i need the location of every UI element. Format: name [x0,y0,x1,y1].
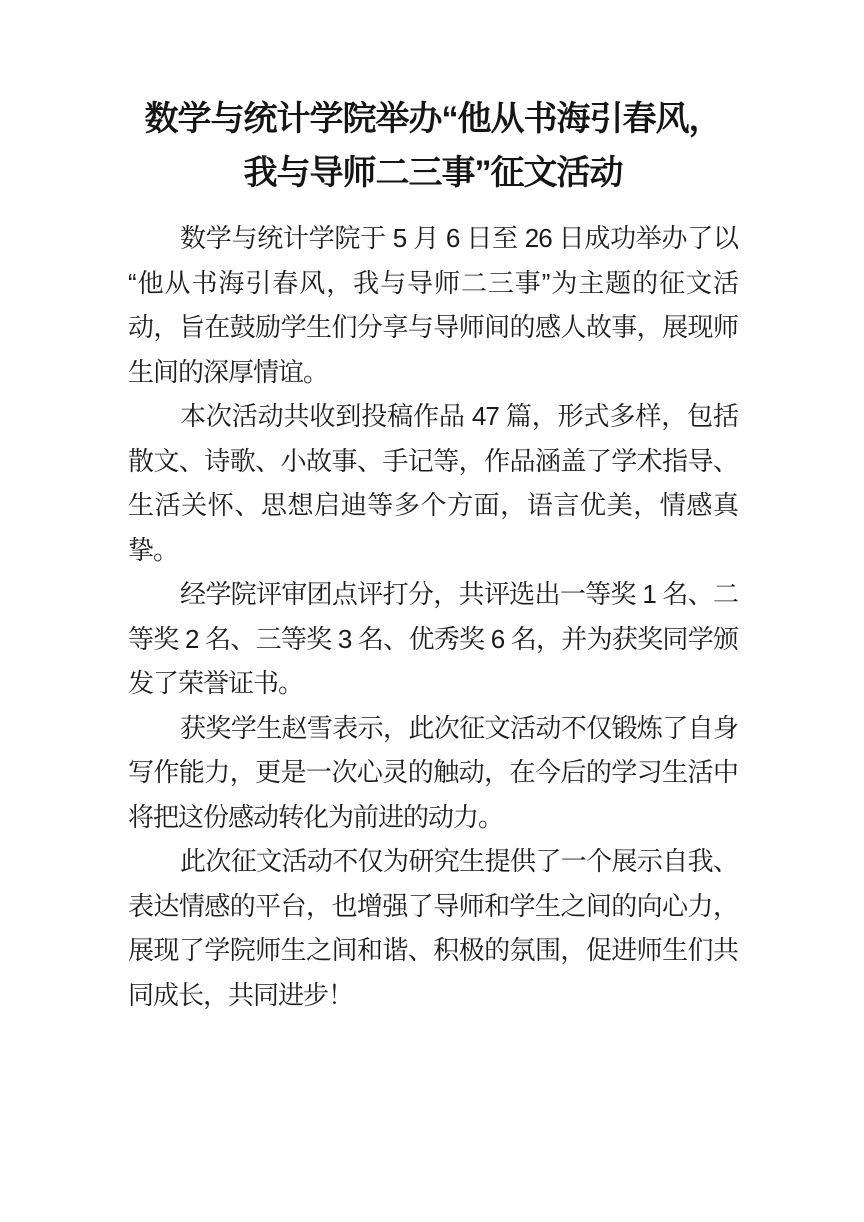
document-body: 数学与统计学院于 5 月 6 日至 26 日成功举办了以“他从书海引春风，我与导… [128,216,738,1017]
document-title: 数学与统计学院举办“他从书海引春风， 我与导师二三事”征文活动 [128,92,738,200]
paragraph-student-quote: 获奖学生赵雪表示，此次征文活动不仅锻炼了自身写作能力，更是一次心灵的触动，在今后… [128,706,738,840]
paragraph-submissions: 本次活动共收到投稿作品 47 篇，形式多样，包括散文、诗歌、小故事、手记等，作品… [128,394,738,572]
paragraph-intro: 数学与统计学院于 5 月 6 日至 26 日成功举办了以“他从书海引春风，我与导… [128,216,738,394]
paragraph-conclusion: 此次征文活动不仅为研究生提供了一个展示自我、表达情感的平台，也增强了导师和学生之… [128,839,738,1017]
document-page: 数学与统计学院举办“他从书海引春风， 我与导师二三事”征文活动 数学与统计学院于… [0,0,864,1222]
document-title-line-1: 数学与统计学院举办“他从书海引春风， [128,92,738,146]
document-title-line-2: 我与导师二三事”征文活动 [128,146,738,200]
paragraph-awards: 经学院评审团点评打分，共评选出一等奖 1 名、二等奖 2 名、三等奖 3 名、优… [128,572,738,706]
